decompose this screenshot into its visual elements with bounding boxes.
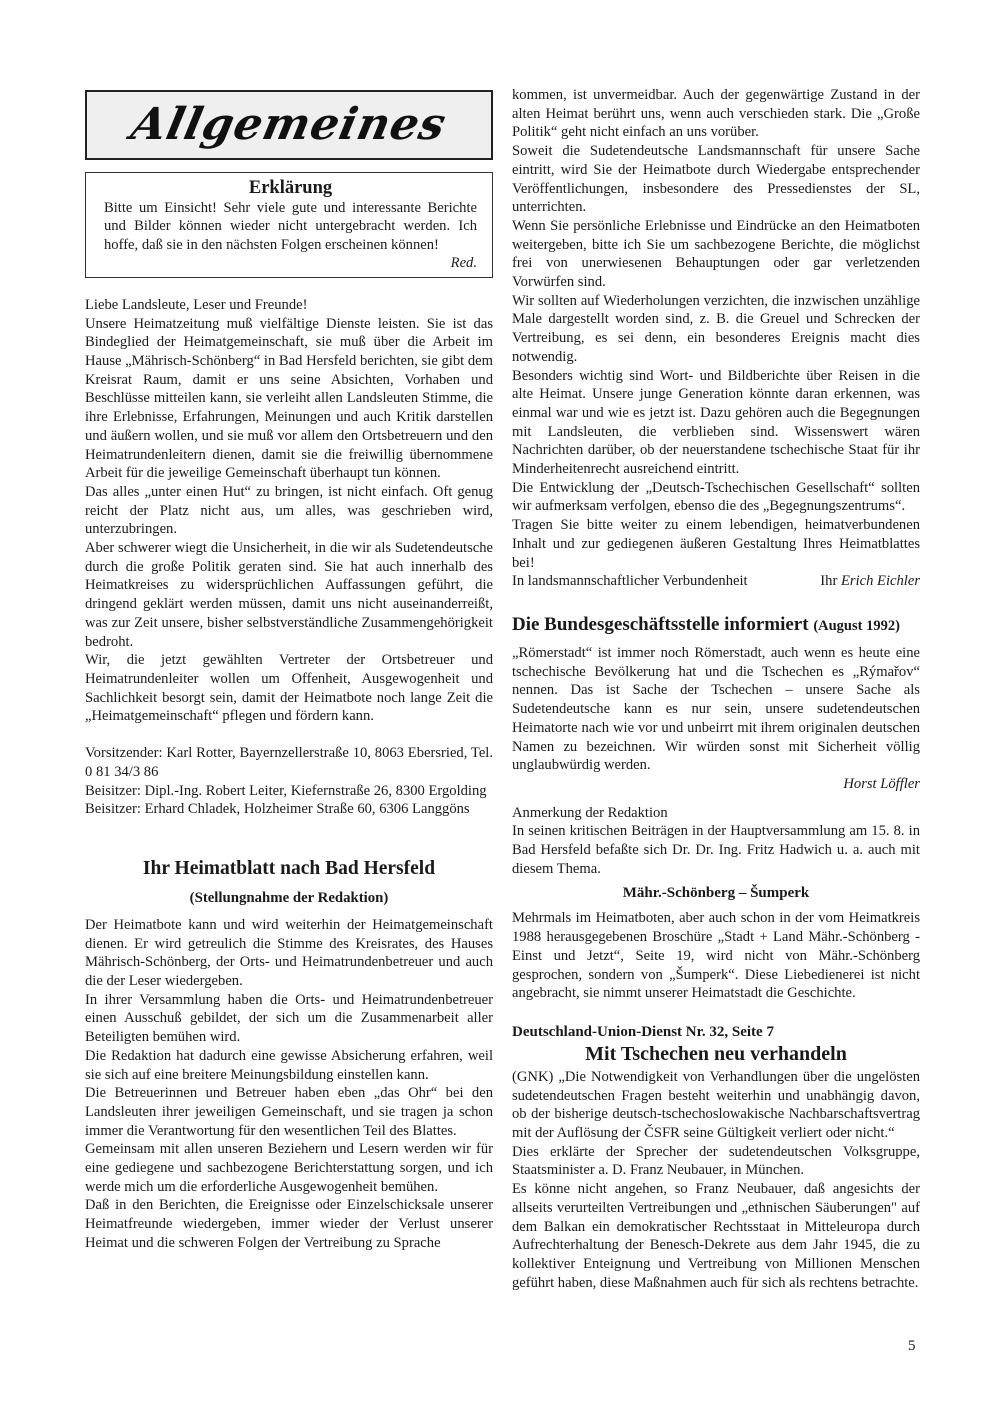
article-paragraph: „Römerstadt“ ist immer noch Römerstadt, …: [512, 644, 920, 775]
section-date: (August 1992): [813, 618, 900, 634]
section-title: Die Bundesgeschäftsstelle informiert: [512, 614, 809, 635]
article-source: Deutschland-Union-Dienst Nr. 32, Seite 7: [512, 1023, 920, 1042]
article-paragraph: Gemeinsam mit allen unseren Beziehern un…: [85, 1140, 493, 1196]
article-paragraph: Wir sollten auf Wiederholungen verzichte…: [512, 292, 920, 367]
section-header-box: Allgemeines: [85, 90, 493, 160]
article-paragraph: Die Betreuerinnen und Betreuer haben ebe…: [85, 1084, 493, 1140]
board-member: Beisitzer: Erhard Chladek, Holzheimer St…: [85, 800, 493, 819]
article-title: Mit Tschechen neu verhandeln: [512, 1042, 920, 1066]
article-paragraph: (GNK) „Die Notwendigkeit von Verhandlung…: [512, 1068, 920, 1143]
board-member: Vorsitzender: Karl Rotter, Bayernzellers…: [85, 744, 493, 781]
page-number: 5: [908, 1338, 916, 1355]
article-paragraph: Mehrmals im Heimatboten, aber auch schon…: [512, 909, 920, 1003]
subsection-title: Mähr.-Schönberg – Šumperk: [512, 884, 920, 903]
article-paragraph: Es könne nicht angehen, so Franz Neubaue…: [512, 1180, 920, 1292]
signature: Ihr Erich Eichler: [820, 572, 920, 591]
article-paragraph: Die Redaktion hat dadurch eine gewisse A…: [85, 1047, 493, 1084]
letter-paragraph: Aber schwerer wiegt die Unsicherheit, in…: [85, 539, 493, 651]
letter-paragraph: Unsere Heimatzeitung muß vielfältige Die…: [85, 315, 493, 483]
letter-paragraph: Wir, die jetzt gewählten Vertreter der O…: [85, 651, 493, 726]
article-title: Ihr Heimatblatt nach Bad Hersfeld: [85, 857, 493, 881]
article-paragraph: Der Heimatbote kann und wird weiterhin d…: [85, 916, 493, 991]
notice-box: Erklärung Bitte um Einsicht! Sehr viele …: [85, 172, 493, 278]
editor-note-text: In seinen kritischen Beiträgen in der Ha…: [512, 822, 920, 878]
article-paragraph: Die Entwicklung der „Deutsch-Tschechisch…: [512, 479, 920, 516]
letter-paragraph: Das alles „unter einen Hut“ zu bringen, …: [85, 483, 493, 539]
notice-signature: Red.: [104, 254, 477, 273]
article-signature-line: In landsmannschaftlicher Verbundenheit I…: [512, 572, 920, 591]
signature-name: Erich Eichler: [841, 573, 920, 589]
left-column: Allgemeines Erklärung Bitte um Einsicht!…: [85, 88, 493, 1253]
article-paragraph: Tragen Sie bitte weiter zu einem lebendi…: [512, 516, 920, 572]
article-author: Horst Löffler: [512, 775, 920, 794]
article-paragraph: Daß in den Berichten, die Ereignisse ode…: [85, 1196, 493, 1252]
closing-text: In landsmannschaftlicher Verbundenheit: [512, 572, 748, 591]
article-paragraph: kommen, ist unvermeidbar. Auch der gegen…: [512, 86, 920, 142]
article-paragraph: Besonders wichtig sind Wort- und Bildber…: [512, 367, 920, 479]
article-paragraph: Soweit die Sudetendeutsche Landsmannscha…: [512, 142, 920, 217]
section-title: Allgemeines: [130, 116, 447, 135]
article-subtitle: (Stellungnahme der Redaktion): [85, 889, 493, 908]
section-heading: Die Bundesgeschäftsstelle informiert (Au…: [512, 613, 920, 638]
signature-prefix: Ihr: [820, 573, 837, 589]
editor-note-label: Anmerkung der Redaktion: [512, 804, 920, 823]
article-paragraph: Dies erklärte der Sprecher der sudetende…: [512, 1143, 920, 1180]
notice-title: Erklärung: [104, 177, 477, 199]
notice-text: Bitte um Einsicht! Sehr viele gute und i…: [104, 199, 477, 254]
article-paragraph: Wenn Sie persönliche Erlebnisse und Eind…: [512, 217, 920, 292]
board-member: Beisitzer: Dipl.-Ing. Robert Leiter, Kie…: [85, 782, 493, 801]
right-column: kommen, ist unvermeidbar. Auch der gegen…: [512, 86, 920, 1292]
article-paragraph: In ihrer Versammlung haben die Orts- und…: [85, 991, 493, 1047]
letter-salutation: Liebe Landsleute, Leser und Freunde!: [85, 296, 493, 315]
